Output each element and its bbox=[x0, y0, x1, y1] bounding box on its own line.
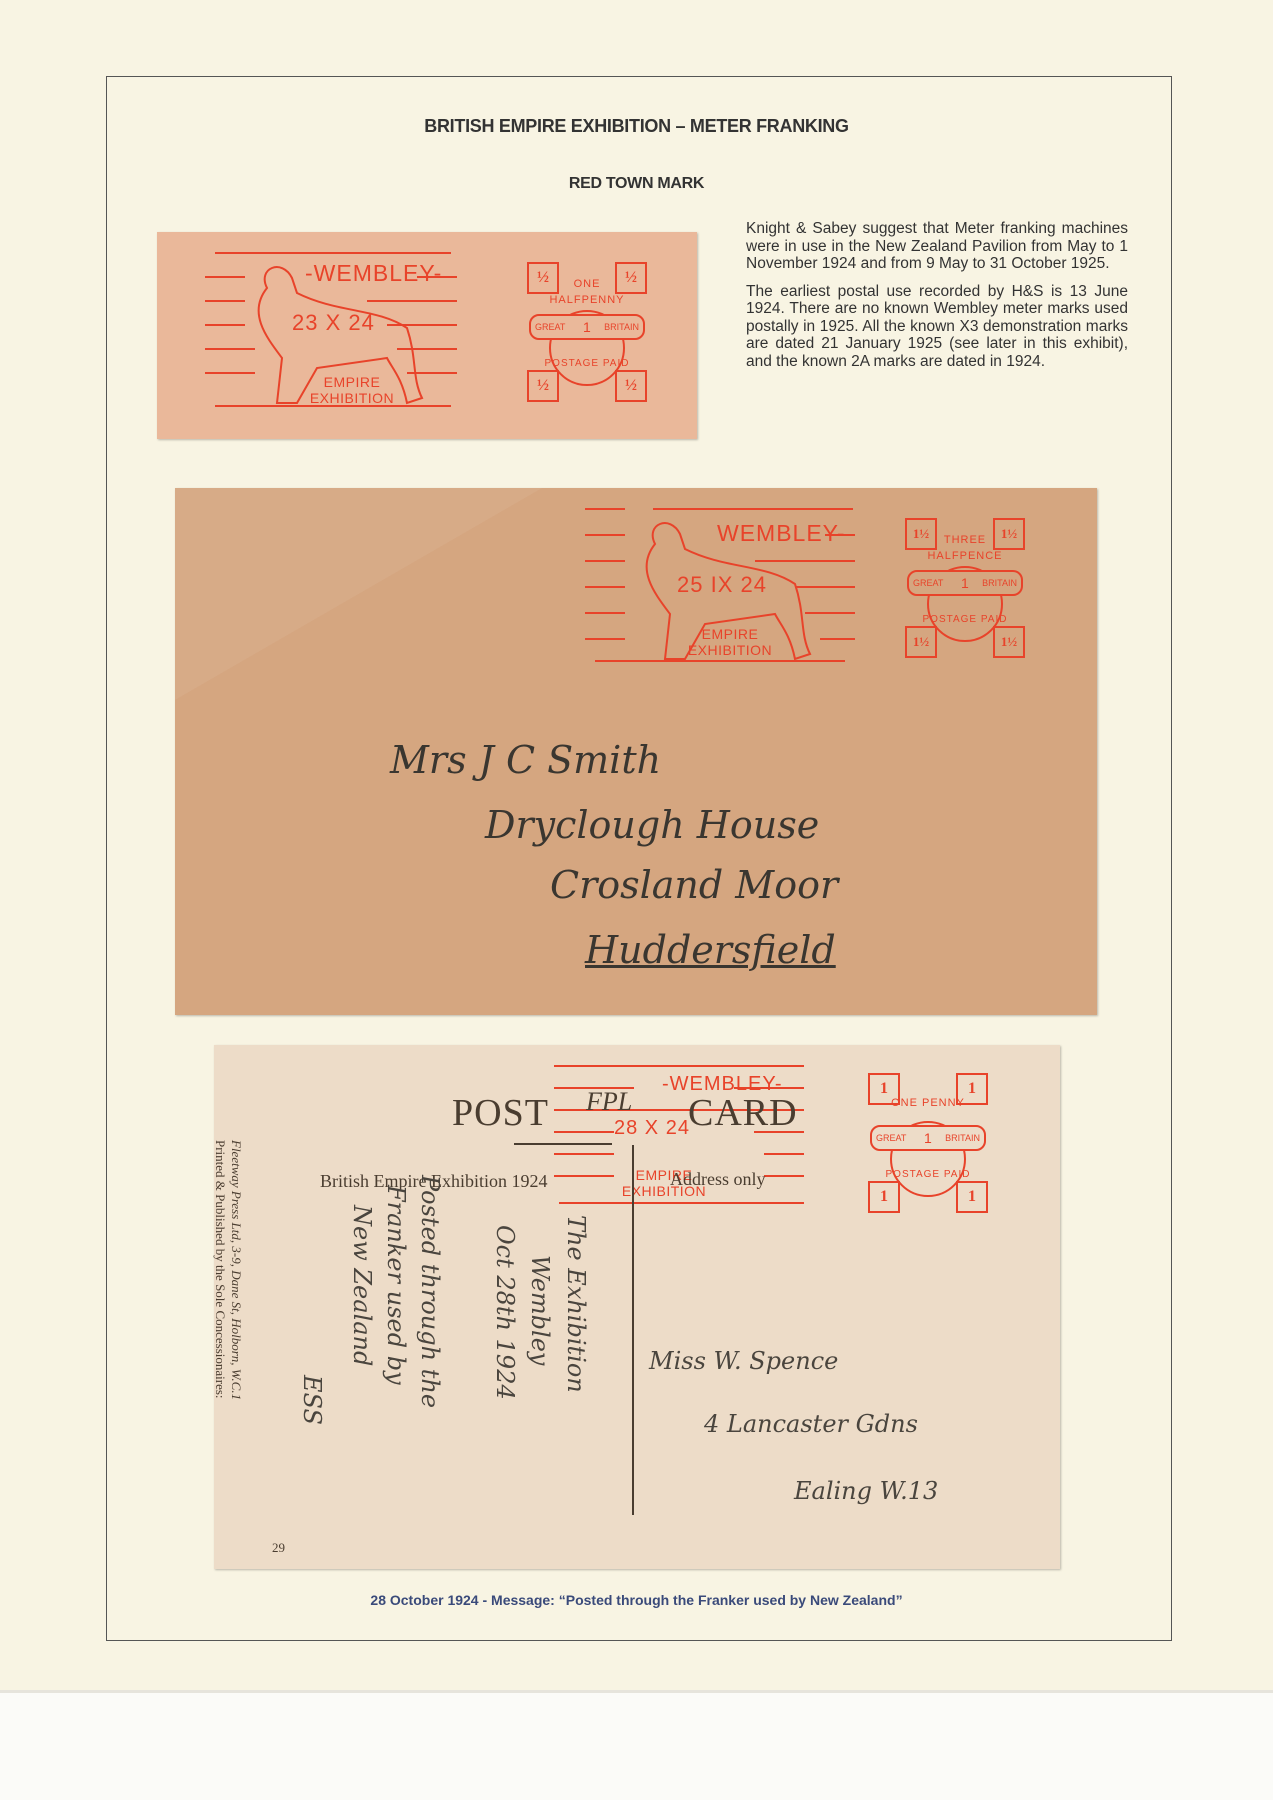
postage-paid-stamp: ½ ½ ONE HALFPENNY GREAT 1 BRITAIN POSTAG… bbox=[527, 262, 647, 402]
meter-date: 23 X 24 bbox=[292, 310, 375, 336]
message-line: New Zealand bbox=[348, 1205, 376, 1366]
postage-paid-text: POSTAGE PAID bbox=[527, 358, 647, 369]
address-line: 4 Lancaster Gdns bbox=[704, 1410, 918, 1438]
postage-paid-stamp: 1½ 1½ THREE HALFPENCE GREAT 1 BRITAIN PO… bbox=[905, 518, 1025, 658]
message-line: Posted through the bbox=[416, 1175, 444, 1408]
address-line: Huddersfield bbox=[585, 928, 836, 972]
value-corner: 1 bbox=[956, 1181, 988, 1213]
address-line: Dryclough House bbox=[485, 803, 819, 847]
address-only-label: Address only bbox=[670, 1169, 766, 1190]
publisher-imprint: Fleetway Press Ltd, 3-9, Dane St, Holbor… bbox=[212, 1140, 244, 1400]
band-number: 1 bbox=[583, 316, 591, 338]
value-text: ONE PENNY bbox=[868, 1097, 988, 1109]
town-name: WEMBLEY- bbox=[717, 520, 846, 547]
postage-paid-text: POSTAGE PAID bbox=[868, 1169, 988, 1180]
band-text: GREAT bbox=[876, 1127, 906, 1149]
address-line: Ealing W.13 bbox=[794, 1477, 938, 1505]
value-text: HALFPENNY bbox=[527, 294, 647, 306]
postage-paid-stamp: 1 1 ONE PENNY GREAT 1 BRITAIN POSTAGE PA… bbox=[868, 1073, 988, 1213]
town-name: -WEMBLEY- bbox=[305, 260, 442, 287]
meter-date: 25 IX 24 bbox=[677, 572, 767, 598]
band-text: GREAT bbox=[535, 316, 565, 338]
exhibition-text: EXHIBITION bbox=[655, 642, 805, 658]
band-text: BRITAIN bbox=[945, 1127, 980, 1149]
band-text: BRITAIN bbox=[982, 572, 1017, 594]
value-corner: 1 bbox=[868, 1181, 900, 1213]
country-band: GREAT 1 BRITAIN bbox=[907, 570, 1023, 596]
exhibition-text: EXHIBITION bbox=[282, 390, 422, 406]
value-corner: ½ bbox=[615, 370, 647, 402]
heading-rule bbox=[514, 1143, 612, 1145]
band-text: BRITAIN bbox=[604, 316, 639, 338]
exhibition-label: EMPIRE EXHIBITION bbox=[282, 374, 422, 406]
message-line: The Exhibition bbox=[562, 1215, 590, 1393]
publisher-line: Fleetway Press Ltd, 3-9, Dane St, Holbor… bbox=[228, 1140, 244, 1400]
message-line: Wembley bbox=[526, 1255, 554, 1365]
address-line: Crosland Moor bbox=[550, 863, 838, 907]
value-corner: 1½ bbox=[993, 626, 1025, 658]
page-edge bbox=[0, 1690, 1273, 1800]
value-corner: ½ bbox=[527, 370, 559, 402]
postcard-heading-post: POST bbox=[452, 1091, 549, 1135]
value-text: THREE bbox=[905, 534, 1025, 546]
message-line: Franker used by bbox=[382, 1185, 410, 1385]
town-mark: WEMBLEY- 25 IX 24 EMPIRE EXHIBITION bbox=[585, 498, 865, 668]
card-number: 29 bbox=[272, 1540, 285, 1556]
postage-paid-text: POSTAGE PAID bbox=[905, 614, 1025, 625]
message-line: Oct 28th 1924 bbox=[491, 1225, 519, 1400]
postcard-heading-card: CARD bbox=[688, 1091, 798, 1135]
band-number: 1 bbox=[924, 1127, 932, 1149]
country-band: GREAT 1 BRITAIN bbox=[529, 314, 645, 340]
value-corner: 1½ bbox=[905, 626, 937, 658]
note-paragraph: The earliest postal use recorded by H&S … bbox=[746, 283, 1128, 371]
note-paragraph: Knight & Sabey suggest that Meter franki… bbox=[746, 220, 1128, 273]
band-text: GREAT bbox=[913, 572, 943, 594]
empire-text: EMPIRE bbox=[655, 626, 805, 642]
page-title: BRITISH EMPIRE EXHIBITION – METER FRANKI… bbox=[0, 116, 1273, 137]
country-band: GREAT 1 BRITAIN bbox=[870, 1125, 986, 1151]
publisher-monogram: FPL bbox=[586, 1087, 632, 1117]
message-signature: ESS bbox=[298, 1375, 326, 1425]
page-subtitle: RED TOWN MARK bbox=[0, 175, 1273, 193]
exhibition-label: EMPIRE EXHIBITION bbox=[655, 626, 805, 658]
postcard: -WEMBLEY- 28 X 24 EMPIRE EXHIBITION 1 1 … bbox=[214, 1045, 1060, 1569]
town-mark: -WEMBLEY- 23 X 24 EMPIRE EXHIBITION bbox=[197, 232, 477, 439]
description-text: Knight & Sabey suggest that Meter franki… bbox=[746, 220, 1128, 380]
postcard-divider bbox=[632, 1145, 634, 1515]
address-line: Miss W. Spence bbox=[649, 1347, 838, 1375]
meter-piece: -WEMBLEY- 23 X 24 EMPIRE EXHIBITION ½ ½ … bbox=[157, 232, 697, 439]
empire-text: EMPIRE bbox=[282, 374, 422, 390]
address-line: Mrs J C Smith bbox=[390, 738, 661, 782]
meter-date: 28 X 24 bbox=[614, 1117, 690, 1140]
publisher-line: Printed & Published by the Sole Concessi… bbox=[212, 1140, 228, 1400]
value-text: HALFPENCE bbox=[905, 550, 1025, 562]
envelope: WEMBLEY- 25 IX 24 EMPIRE EXHIBITION 1½ 1… bbox=[175, 488, 1097, 1015]
value-text: ONE bbox=[527, 278, 647, 290]
band-number: 1 bbox=[961, 572, 969, 594]
item-caption: 28 October 1924 - Message: “Posted throu… bbox=[0, 1592, 1273, 1608]
